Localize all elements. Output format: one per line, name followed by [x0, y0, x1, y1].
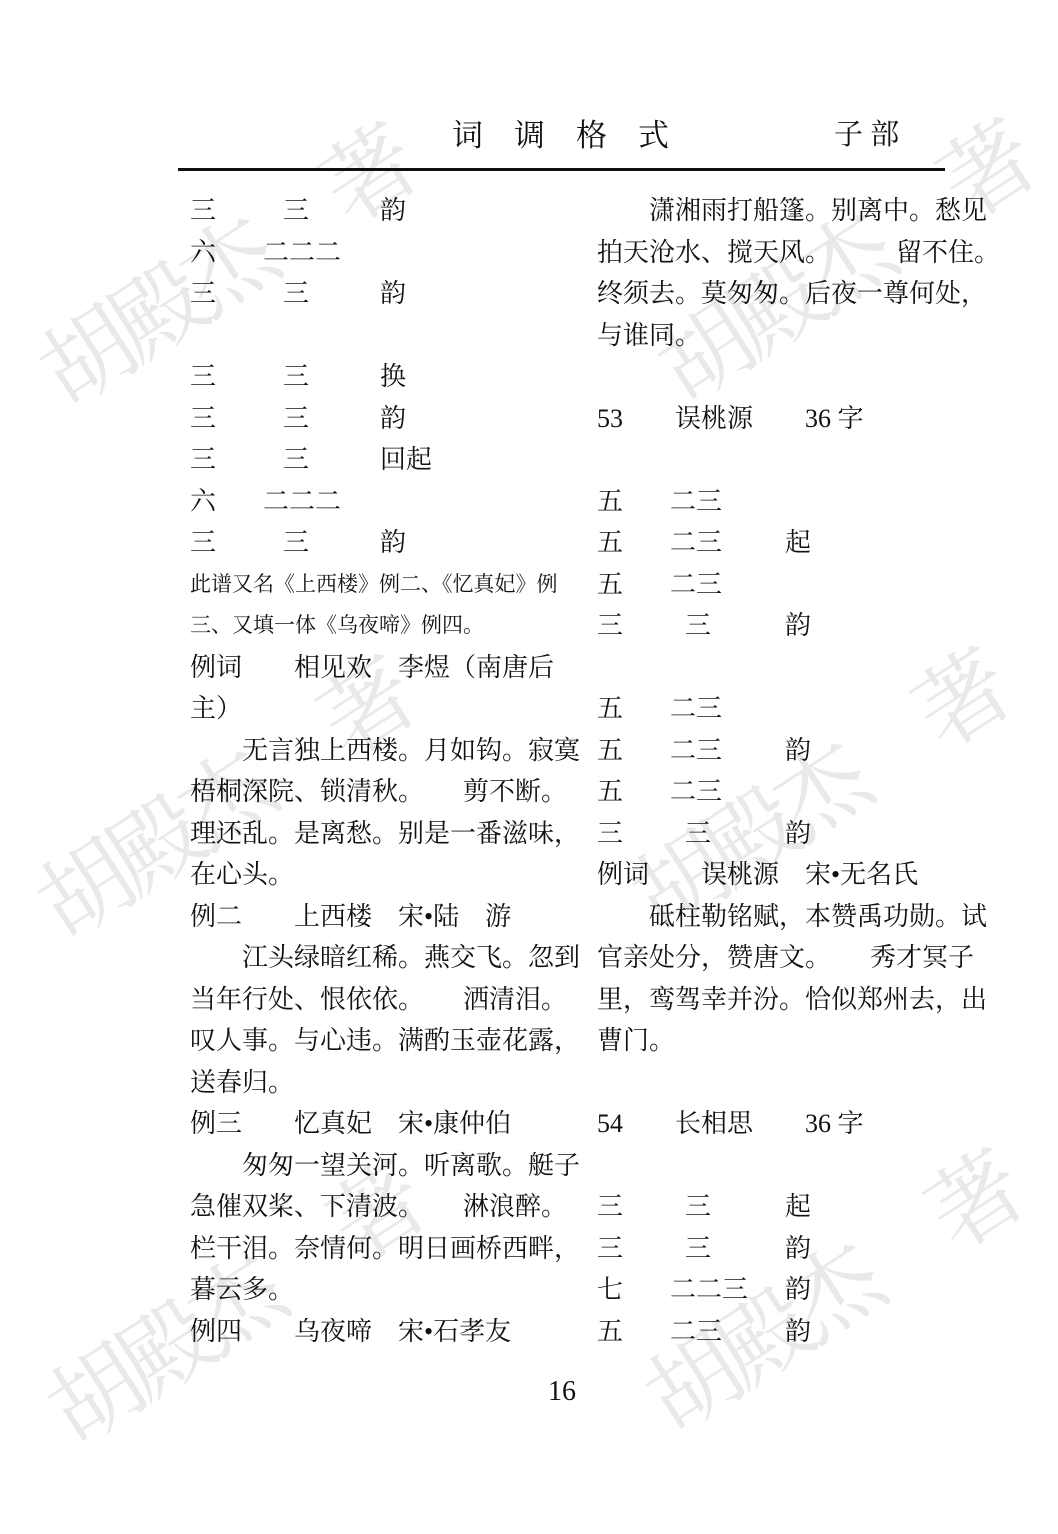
pattern-seg: 三 — [685, 1228, 711, 1270]
pattern-seg: 三 — [283, 522, 309, 564]
example-heading: 例词 相见欢 李煜（南唐后 — [190, 647, 562, 689]
verse-text: 里，鸾驾幸并汾。恰似郑州去，出 — [597, 979, 987, 1021]
pattern-seg: 六 — [190, 481, 216, 523]
note-line: 三、又填一体《乌夜啼》例四。 — [190, 605, 562, 647]
verse-line: 潇湘雨打船篷。别离中。愁见 — [597, 190, 969, 232]
verse-text: 曹门。 — [597, 1020, 675, 1062]
pattern-seg: 二三 — [670, 1311, 722, 1353]
verse-text: 砥柱勒铭赋，本赞禹功勋。试 — [597, 896, 987, 938]
pattern-line: 五二三 — [597, 771, 969, 813]
pattern-seg: 三 — [597, 1228, 623, 1270]
verse-line: 送春归。 — [190, 1062, 562, 1104]
verse-text: 在心头。 — [190, 854, 294, 896]
note-text: 三、又填一体《乌夜啼》例四。 — [190, 605, 484, 647]
empty-line — [190, 315, 562, 357]
pattern-seg: 三 — [190, 356, 216, 398]
verse-text: 无言独上西楼。月如钩。寂寞 — [190, 730, 580, 772]
verse-line: 砥柱勒铭赋，本赞禹功勋。试 — [597, 896, 969, 938]
pattern-seg: 韵 — [785, 813, 811, 855]
page-title: 词 调 格 式 — [452, 110, 669, 155]
example-heading: 主） — [190, 688, 562, 730]
pattern-seg: 五 — [597, 564, 623, 606]
pattern-line: 三三起 — [597, 1186, 969, 1228]
verse-text: 潇湘雨打船篷。别离中。愁见 — [597, 190, 987, 232]
pattern-line: 三三韵 — [190, 398, 562, 440]
verse-text: 梧桐深院、锁清秋。 剪不断。 — [190, 771, 567, 813]
pattern-line: 三三韵 — [597, 1228, 969, 1270]
verse-line: 江头绿暗红稀。燕交飞。忽到 — [190, 937, 562, 979]
verse-line: 在心头。 — [190, 854, 562, 896]
pattern-line: 五二三 — [597, 688, 969, 730]
pattern-line: 五二三起 — [597, 522, 969, 564]
left-column: 三三韵 六二二二 三三韵 三三换 三三韵 三三回起 六二二二 三三韵 此谱又名《… — [190, 190, 562, 1352]
pattern-seg: 二三 — [670, 730, 722, 772]
pattern-line: 七二二三韵 — [597, 1269, 969, 1311]
verse-line: 无言独上西楼。月如钩。寂寞 — [190, 730, 562, 772]
tune-heading: 54 长相思 36 字 — [597, 1103, 969, 1145]
pattern-seg: 三 — [283, 356, 309, 398]
tune-heading: 53 误桃源 36 字 — [597, 398, 969, 440]
verse-text: 官亲处分，赞唐文。 秀才冥子 — [597, 937, 974, 979]
right-column: 潇湘雨打船篷。别离中。愁见 拍天沧水、搅天风。 留不住。 终须去。莫匆匆。后夜一… — [597, 190, 969, 1352]
verse-text: 栏干泪。奈情何。明日画桥西畔， — [190, 1228, 580, 1270]
pattern-seg: 三 — [190, 439, 216, 481]
pattern-seg: 二三 — [670, 688, 722, 730]
pattern-seg: 二二二 — [263, 232, 341, 274]
pattern-seg: 三 — [283, 190, 309, 232]
pattern-seg: 韵 — [785, 730, 811, 772]
pattern-seg: 六 — [190, 232, 216, 274]
header-rule — [178, 168, 945, 171]
example-heading-text: 主） — [190, 688, 242, 730]
verse-line: 与谁同。 — [597, 315, 969, 357]
section-label: 子 部 — [834, 112, 899, 153]
pattern-seg: 三 — [597, 605, 623, 647]
verse-line: 急催双桨、下清波。 淋浪醉。 — [190, 1186, 562, 1228]
pattern-line: 五二三韵 — [597, 1311, 969, 1353]
pattern-seg: 五 — [597, 730, 623, 772]
verse-line: 匆匆一望关河。听离歌。艇子 — [190, 1145, 562, 1187]
verse-text: 与谁同。 — [597, 315, 701, 357]
verse-line: 理还乱。是离愁。别是一番滋味， — [190, 813, 562, 855]
tune-heading-text: 53 误桃源 36 字 — [597, 398, 864, 440]
pattern-line: 三三韵 — [190, 190, 562, 232]
pattern-seg: 三 — [190, 273, 216, 315]
pattern-seg: 三 — [597, 1186, 623, 1228]
pattern-seg: 三 — [283, 273, 309, 315]
pattern-seg: 韵 — [380, 190, 406, 232]
pattern-seg: 韵 — [785, 605, 811, 647]
empty-line — [597, 356, 969, 398]
pattern-seg: 七 — [597, 1269, 623, 1311]
verse-line: 里，鸾驾幸并汾。恰似郑州去，出 — [597, 979, 969, 1021]
example-heading-text: 例三 忆真妃 宋•康仲伯 — [190, 1103, 511, 1145]
verse-text: 匆匆一望关河。听离歌。艇子 — [190, 1145, 580, 1187]
pattern-seg: 韵 — [380, 522, 406, 564]
pattern-seg: 三 — [685, 605, 711, 647]
verse-line: 梧桐深院、锁清秋。 剪不断。 — [190, 771, 562, 813]
example-heading-text: 例四 乌夜啼 宋•石孝友 — [190, 1311, 511, 1353]
verse-line: 曹门。 — [597, 1020, 969, 1062]
pattern-line: 五二三韵 — [597, 730, 969, 772]
verse-line: 栏干泪。奈情何。明日画桥西畔， — [190, 1228, 562, 1270]
document-page: 胡殿杰 著 胡殿杰 著 胡殿杰 著 胡殿杰 著 胡殿杰 著 胡殿杰 著 词 调 … — [0, 0, 1058, 1534]
verse-line: 终须去。莫匆匆。后夜一尊何处， — [597, 273, 969, 315]
page-number: 16 — [62, 1376, 1058, 1408]
pattern-seg: 韵 — [380, 273, 406, 315]
pattern-seg: 五 — [597, 522, 623, 564]
pattern-seg: 三 — [685, 1186, 711, 1228]
verse-text: 送春归。 — [190, 1062, 294, 1104]
pattern-seg: 回起 — [380, 439, 432, 481]
verse-text: 叹人事。与心违。满酌玉壶花露， — [190, 1020, 580, 1062]
empty-line — [597, 1062, 969, 1104]
pattern-line: 三三换 — [190, 356, 562, 398]
verse-line: 拍天沧水、搅天风。 留不住。 — [597, 232, 969, 274]
pattern-seg: 二三 — [670, 564, 722, 606]
verse-text: 理还乱。是离愁。别是一番滋味， — [190, 813, 580, 855]
pattern-line: 五二三 — [597, 564, 969, 606]
pattern-line: 三三韵 — [597, 813, 969, 855]
example-heading-text: 例二 上西楼 宋•陆 游 — [190, 896, 511, 938]
pattern-line: 五二三 — [597, 481, 969, 523]
pattern-seg: 二三 — [670, 771, 722, 813]
pattern-seg: 五 — [597, 771, 623, 813]
verse-text: 拍天沧水、搅天风。 留不住。 — [597, 232, 1000, 274]
verse-text: 江头绿暗红稀。燕交飞。忽到 — [190, 937, 580, 979]
pattern-seg: 二三 — [670, 522, 722, 564]
pattern-line: 三三回起 — [190, 439, 562, 481]
pattern-seg: 三 — [597, 813, 623, 855]
note-line: 此谱又名《上西楼》例二、《忆真妃》例 — [190, 564, 562, 606]
pattern-seg: 五 — [597, 1311, 623, 1353]
pattern-seg: 五 — [597, 688, 623, 730]
pattern-seg: 韵 — [785, 1269, 811, 1311]
pattern-seg: 五 — [597, 481, 623, 523]
tune-heading-text: 54 长相思 36 字 — [597, 1103, 864, 1145]
example-heading-text: 例词 相见欢 李煜（南唐后 — [190, 647, 554, 689]
example-heading: 例词 误桃源 宋•无名氏 — [597, 854, 969, 896]
example-heading-text: 例词 误桃源 宋•无名氏 — [597, 854, 918, 896]
pattern-seg: 起 — [785, 1186, 811, 1228]
example-heading: 例二 上西楼 宋•陆 游 — [190, 896, 562, 938]
pattern-seg: 二二二 — [263, 481, 341, 523]
verse-text: 暮云多。 — [190, 1269, 294, 1311]
verse-line: 叹人事。与心违。满酌玉壶花露， — [190, 1020, 562, 1062]
pattern-seg: 三 — [190, 190, 216, 232]
pattern-line: 三三韵 — [190, 273, 562, 315]
empty-line — [597, 439, 969, 481]
pattern-seg: 韵 — [785, 1228, 811, 1270]
verse-text: 当年行处、恨依依。 洒清泪。 — [190, 979, 567, 1021]
verse-text: 急催双桨、下清波。 淋浪醉。 — [190, 1186, 567, 1228]
pattern-seg: 三 — [190, 398, 216, 440]
pattern-seg: 三 — [283, 398, 309, 440]
pattern-seg: 三 — [283, 439, 309, 481]
pattern-seg: 换 — [380, 356, 406, 398]
empty-line — [597, 1145, 969, 1187]
pattern-seg: 韵 — [785, 1311, 811, 1353]
pattern-seg: 韵 — [380, 398, 406, 440]
empty-line — [597, 647, 969, 689]
pattern-seg: 三 — [190, 522, 216, 564]
pattern-seg: 起 — [785, 522, 811, 564]
pattern-seg: 二二三 — [670, 1269, 748, 1311]
example-heading: 例三 忆真妃 宋•康仲伯 — [190, 1103, 562, 1145]
pattern-line: 三三韵 — [190, 522, 562, 564]
example-heading: 例四 乌夜啼 宋•石孝友 — [190, 1311, 562, 1353]
pattern-line: 六二二二 — [190, 232, 562, 274]
pattern-line: 六二二二 — [190, 481, 562, 523]
verse-line: 当年行处、恨依依。 洒清泪。 — [190, 979, 562, 1021]
verse-text: 终须去。莫匆匆。后夜一尊何处， — [597, 273, 987, 315]
pattern-seg: 二三 — [670, 481, 722, 523]
verse-line: 暮云多。 — [190, 1269, 562, 1311]
pattern-line: 三三韵 — [597, 605, 969, 647]
note-text: 此谱又名《上西楼》例二、《忆真妃》例 — [190, 564, 558, 606]
verse-line: 官亲处分，赞唐文。 秀才冥子 — [597, 937, 969, 979]
pattern-seg: 三 — [685, 813, 711, 855]
